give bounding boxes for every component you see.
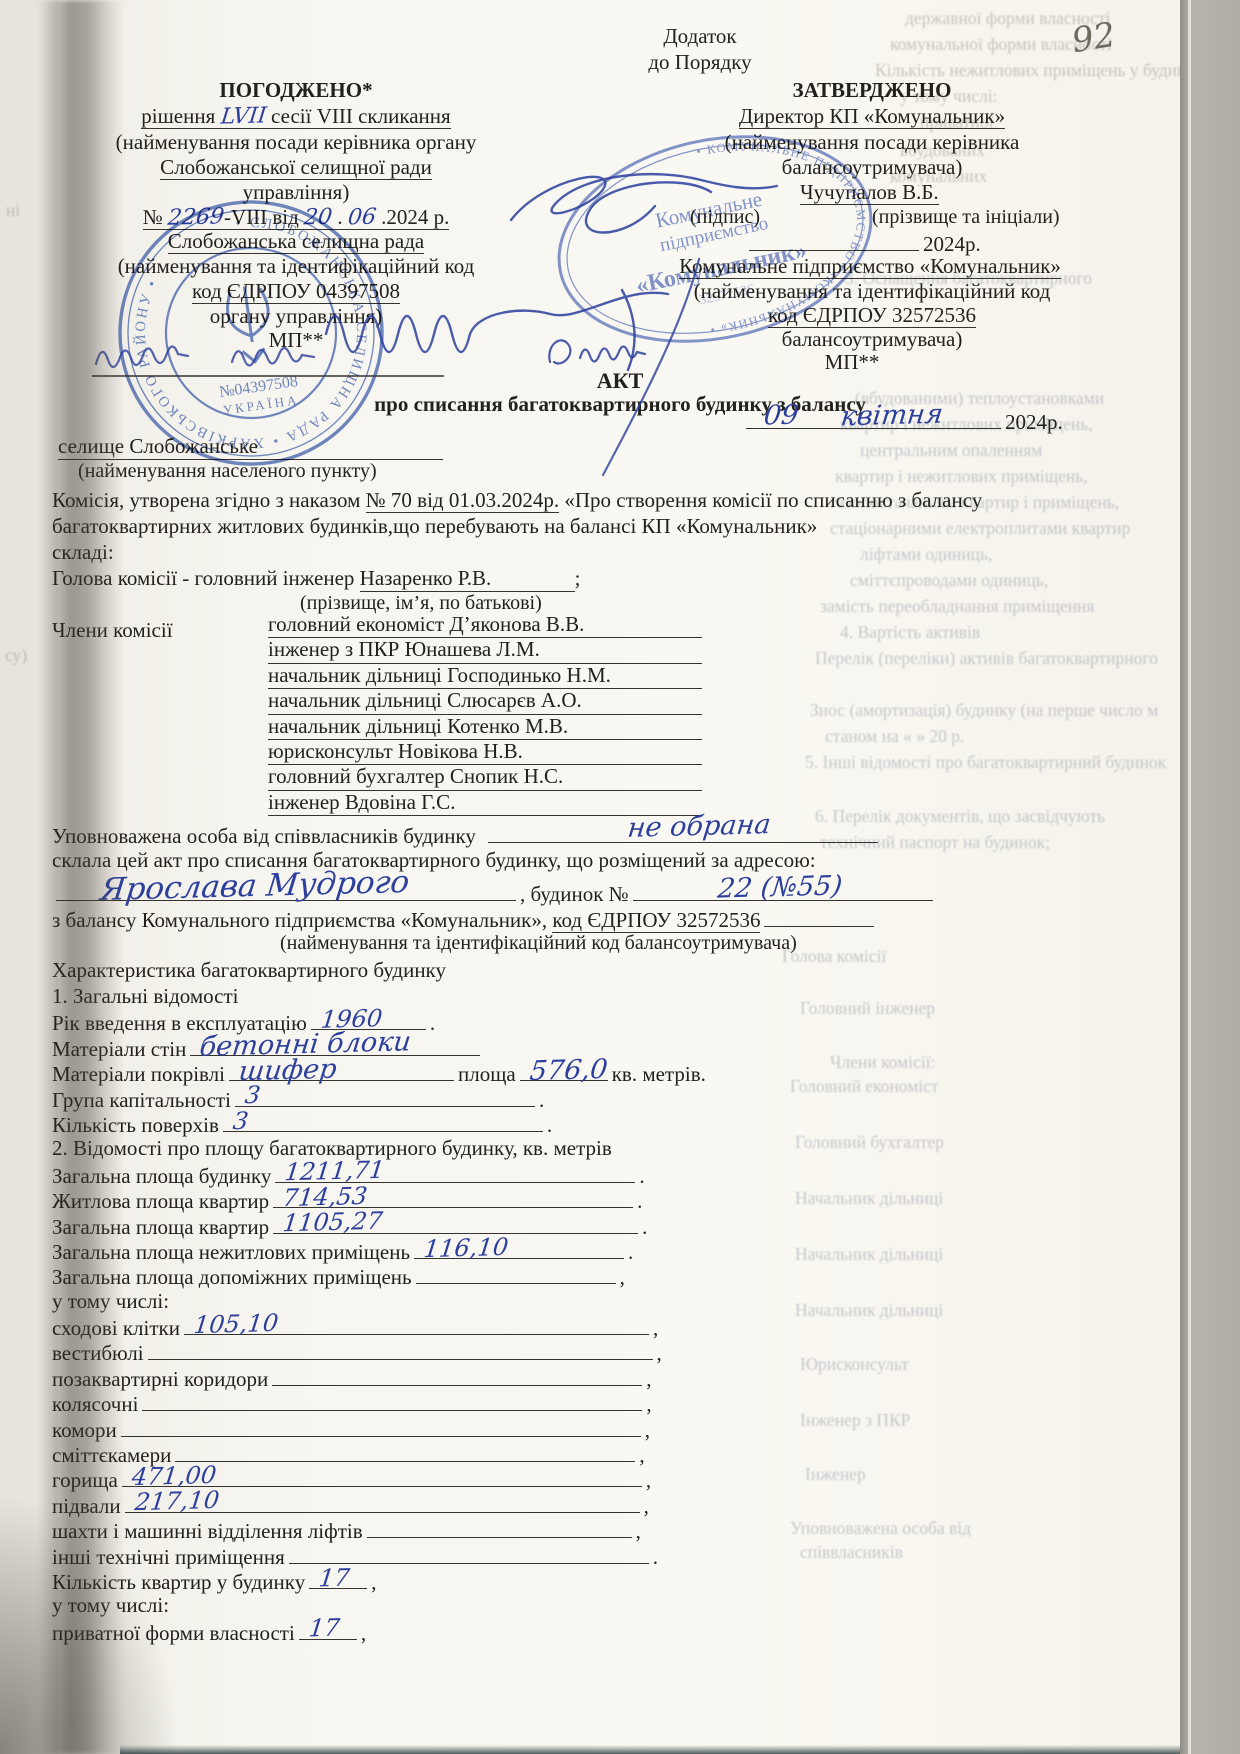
field-row: вестибюлі, xyxy=(52,1339,706,1364)
showthrough-line: Уповноважена особа від xyxy=(790,1518,971,1539)
field-row: Кількість поверхів3. xyxy=(52,1111,706,1136)
agreed-caption1: (найменування посади керівника органу xyxy=(96,130,496,155)
pen-stroke xyxy=(595,255,715,480)
hw-act-day: 09 xyxy=(762,400,800,432)
balance-caption: (найменування та ідентифікаційний код ба… xyxy=(280,932,797,955)
intro-line1: Комісія, утворена згідно з наказом № 70 … xyxy=(52,488,982,513)
showthrough-line: Начальник дільниці xyxy=(795,1188,943,1209)
field-row: позаквартирні коридори, xyxy=(52,1365,706,1390)
showthrough-line: співвласників xyxy=(800,1542,903,1563)
showthrough-line: 5. Інші відомості про багатоквартирний б… xyxy=(805,752,1166,773)
showthrough-line: сміттєпроводами одиниць, xyxy=(850,570,1048,591)
hw-house-number: 22 (№55) xyxy=(716,870,844,904)
page-right-edge xyxy=(1180,0,1240,1754)
field-row: Загальна площа нежитлових приміщень116,1… xyxy=(52,1238,706,1263)
showthrough-line: Знос (амортизація) будинку (на перше чис… xyxy=(810,700,1158,721)
field-row: Загальна площа допоміжних приміщень, xyxy=(52,1263,706,1288)
hw-street: Ярослава Мудрого xyxy=(98,864,411,908)
showthrough-line: Головний інженер xyxy=(800,998,935,1019)
showthrough-line: Інженер xyxy=(805,1464,866,1485)
members-list: головний економіст Д’яконова В.В.інженер… xyxy=(268,612,702,815)
field-row: комори, xyxy=(52,1416,706,1441)
director-signature xyxy=(505,158,785,248)
agreed-title: ПОГОДЖЕНО* xyxy=(96,78,496,103)
members-label: Члени комісії xyxy=(52,618,173,643)
showthrough-line: 4. Вартість активів xyxy=(840,622,980,643)
intro-line2: багатоквартирних житлових будинків,що пе… xyxy=(52,514,817,539)
showthrough-line: Головний економіст xyxy=(790,1076,939,1097)
showthrough-line: центральним опаленням xyxy=(860,440,1042,461)
showthrough-line: Юрисконсульт xyxy=(800,1354,909,1375)
adjacent-page-edge xyxy=(0,0,58,1754)
official-handwriting xyxy=(92,330,452,380)
member-row: юрисконсульт Новікова Н.В. xyxy=(268,739,702,764)
showthrough-line: квартир і нежитлових приміщень, xyxy=(835,466,1088,487)
agreed-resolution: рішення LVII сесії VIII скликання xyxy=(96,104,496,129)
member-row: головний економіст Д’яконова В.В. xyxy=(268,612,702,637)
showthrough-line: Перелік (переліки) активів багатоквартир… xyxy=(815,648,1158,669)
showthrough-line: ліфтами одиниць, xyxy=(860,544,992,565)
field-row: Матеріали покрівлішиферплоща576,0кв. мет… xyxy=(52,1060,706,1085)
member-row: інженер Вдовіна Г.С. xyxy=(268,790,702,815)
address-line: Ярослава Мудрого, будинок №22 (№55) xyxy=(52,876,937,907)
approved-title: ЗАТВЕРДЖЕНО xyxy=(622,78,1122,103)
showthrough-line: Начальник дільниці xyxy=(795,1300,943,1321)
hw-not-elected: не обрана xyxy=(626,809,772,844)
showthrough-line: Інженер з ПКР xyxy=(800,1410,910,1431)
page-edge-text-fragment: су) xyxy=(5,645,27,666)
page-edge-text-fragment: ні xyxy=(6,200,20,221)
corner-note-line2: до Порядку xyxy=(560,50,840,75)
scanned-document: державної форми власностікомунальної фор… xyxy=(0,0,1240,1754)
approved-director: Директор КП «Комунальник» xyxy=(622,104,1122,129)
hw-session-number: LVII xyxy=(219,103,267,129)
member-row: начальник дільниці Котенко М.В. xyxy=(268,714,702,739)
showthrough-line: замість переобладнання приміщення xyxy=(820,596,1094,617)
corner-note-line1: Додаток xyxy=(560,24,840,49)
showthrough-line: стаціонарними електроплитами квартир xyxy=(830,518,1130,539)
drafted-line: склала цей акт про списання багатокварти… xyxy=(52,848,816,873)
showthrough-line: Головний бухгалтер xyxy=(795,1132,944,1153)
member-row: головний бухгалтер Снопик Н.С. xyxy=(268,764,702,789)
characteristics-title: Характеристика багатоквартирного будинку xyxy=(52,958,446,983)
field-row: Загальна площа квартир1105,27. xyxy=(52,1213,706,1238)
authorized-line: Уповноважена особа від співвласників буд… xyxy=(52,822,882,849)
agreed-council: Слобожанської селищної ради xyxy=(96,155,496,180)
showthrough-line: станом на « » 20 р. xyxy=(825,726,964,747)
member-row: інженер з ПКР Юнашева Л.М. xyxy=(268,637,702,662)
hw-act-month: квітня xyxy=(839,399,945,433)
corner-shadow xyxy=(0,1494,180,1754)
field-row: колясочні, xyxy=(52,1390,706,1415)
handwritten-page-number: 92 xyxy=(1069,15,1118,61)
approved-name-caption: (прізвище та ініціали) xyxy=(872,206,1060,229)
act-date: 09квітня2024р. xyxy=(742,408,1063,435)
field-row: Загальна площа будинку1211,71. xyxy=(52,1162,706,1187)
field-row: у тому числі: xyxy=(52,1289,706,1314)
member-row: начальник дільниці Господинько Н.М. xyxy=(268,663,702,688)
commission-head-line: Голова комісії - головний інженер Назаре… xyxy=(52,566,581,592)
balance-line: з балансу Комунального підприємства «Ком… xyxy=(52,906,878,933)
showthrough-line: Голова комісії xyxy=(782,946,886,967)
intro-line3: складі: xyxy=(52,540,114,565)
showthrough-line: Члени комісії: xyxy=(830,1052,935,1073)
member-row: начальник дільниці Слюсарєв А.О. xyxy=(268,688,702,713)
showthrough-line: Начальник дільниці xyxy=(795,1244,943,1265)
field-row: сходові клітки105,10, xyxy=(52,1314,706,1339)
field-row: Група капітальності3. xyxy=(52,1086,706,1111)
page-bottom-edge xyxy=(120,1745,1180,1754)
